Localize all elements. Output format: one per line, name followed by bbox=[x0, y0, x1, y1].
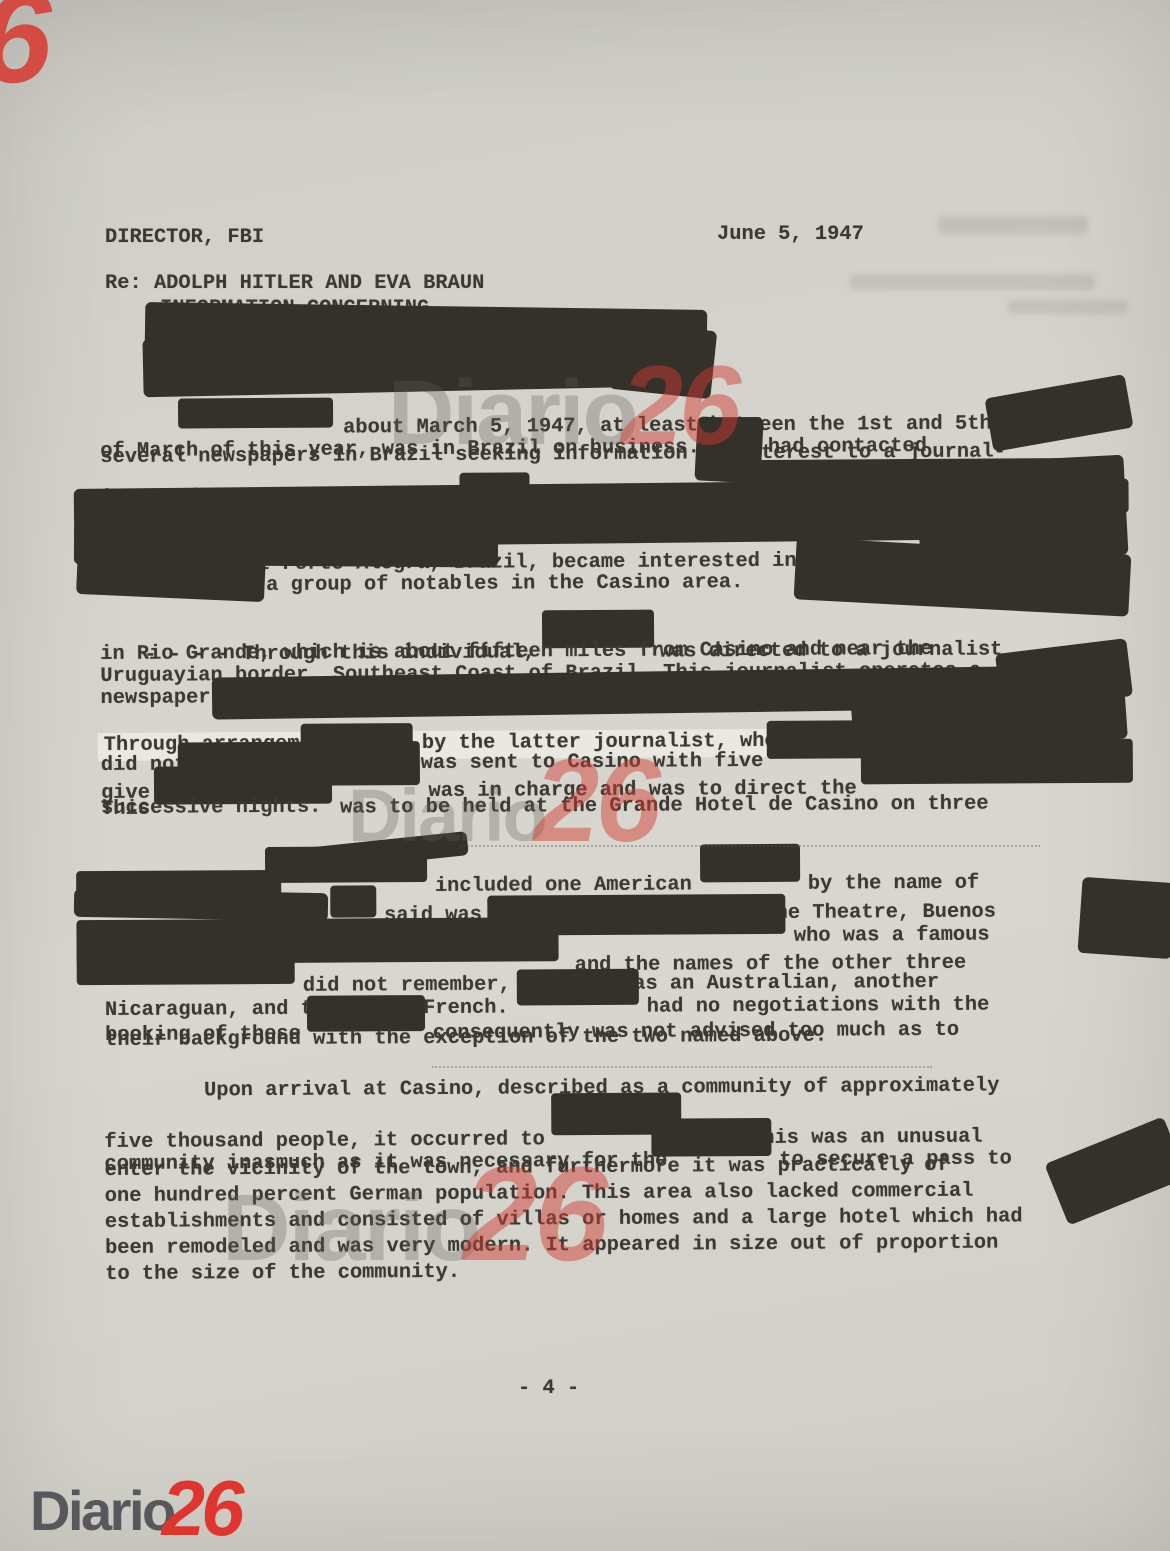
diario26-watermark: Diario26 bbox=[348, 742, 657, 860]
scanned-document-page: 26 DIRECTOR, FBI June 5, 1947 Re: ADOLPH… bbox=[0, 0, 1170, 1551]
watermark-gray-text: Diario bbox=[388, 362, 637, 464]
re-subject-line: Re: ADOLPH HITLER AND EVA BRAUN bbox=[105, 272, 484, 295]
typewritten-text: successive nights. bbox=[101, 797, 321, 820]
corner-red-26-mark: 26 bbox=[0, 0, 45, 102]
paragraph: Theincluded one Americanby the name ofwh… bbox=[104, 850, 997, 1054]
ghost-text-mark bbox=[938, 216, 1088, 234]
text-line: their background with the exception of t… bbox=[105, 1023, 997, 1053]
redaction-block bbox=[76, 546, 266, 602]
watermark-red-text: 26 bbox=[534, 742, 657, 860]
typewritten-text: their background with the exception of t… bbox=[105, 1024, 827, 1053]
redaction-block bbox=[74, 889, 328, 921]
diario26-logo: Diario26 bbox=[30, 1464, 240, 1542]
typewritten-text: newspaper bbox=[100, 687, 210, 710]
diario26-watermark: Diario26 bbox=[222, 1148, 604, 1282]
watermark-red-text: 26 bbox=[463, 1148, 604, 1282]
watermark-gray-text: Diario bbox=[222, 1175, 479, 1281]
logo-gray-text: Diario bbox=[30, 1479, 174, 1542]
ghost-text-mark bbox=[850, 274, 1095, 290]
redaction-bar bbox=[651, 1118, 771, 1157]
redaction-block bbox=[1077, 877, 1170, 959]
logo-red-text: 26 bbox=[162, 1469, 241, 1547]
watermark-red-text: 26 bbox=[621, 350, 738, 462]
page-number: - 4 - bbox=[518, 1377, 579, 1400]
typewritten-text: a group of notables in the Casino area. bbox=[266, 572, 743, 596]
diario26-watermark: Diario26 bbox=[388, 350, 737, 462]
redaction-block bbox=[1044, 1116, 1170, 1225]
dotted-scan-line bbox=[432, 1066, 932, 1068]
ghost-text-mark bbox=[1008, 300, 1128, 314]
watermark-gray-text: Diario bbox=[348, 774, 546, 857]
date-line: June 5, 1947 bbox=[717, 223, 864, 246]
recipient-line: DIRECTOR, FBI bbox=[105, 226, 264, 249]
